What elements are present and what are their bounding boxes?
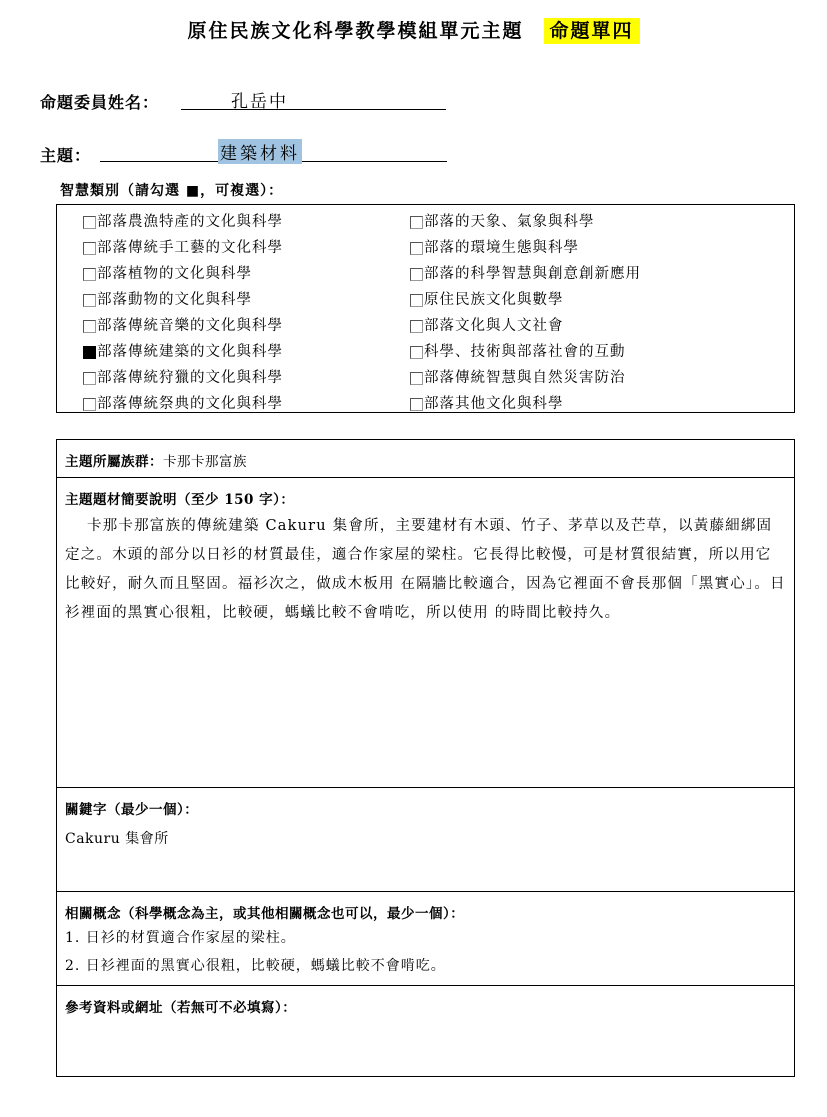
category-item[interactable]: 部落傳統祭典的文化與科學	[83, 391, 283, 417]
categories-left-column: 部落農漁特產的文化與科學 部落傳統手工藝的文化科學 部落植物的文化與科學 部落動…	[83, 209, 283, 417]
categories-right-column: 部落的天象、氣象與科學 部落的環境生態與科學 部落的科學智慧與創意創新應用 原住…	[410, 209, 641, 417]
topic-field[interactable]: 建築材料	[100, 137, 447, 162]
checkbox-icon[interactable]	[83, 242, 96, 255]
category-item[interactable]: 部落傳統智慧與自然災害防治	[410, 365, 641, 391]
checkbox-icon[interactable]	[410, 346, 423, 359]
categories-box: 部落農漁特產的文化與科學 部落傳統手工藝的文化科學 部落植物的文化與科學 部落動…	[56, 204, 795, 413]
tribe-value[interactable]: 卡那卡那富族	[163, 454, 247, 470]
categories-heading: 智慧類別（請勾選 ■，可複選）：	[60, 180, 283, 200]
concept-item[interactable]: 1. 日衫的材質適合作家屋的梁柱。	[65, 924, 786, 952]
concepts-row: 相關概念（科學概念為主，或其他相關概念也可以，最少一個）： 1. 日衫的材質適合…	[57, 892, 794, 986]
author-label: 命題委員姓名：	[40, 90, 159, 113]
category-item[interactable]: 部落傳統手工藝的文化科學	[83, 235, 283, 261]
category-item[interactable]: 部落其他文化與科學	[410, 391, 641, 417]
checkbox-icon[interactable]	[83, 294, 96, 307]
keywords-value[interactable]: Cakuru 集會所	[65, 828, 786, 848]
author-field[interactable]: 孔岳中	[181, 85, 446, 110]
summary-text[interactable]: 卡那卡那富族的傳統建築 Cakuru 集會所，主要建材有木頭、竹子、茅草以及芒草…	[65, 512, 786, 628]
checkbox-icon[interactable]	[410, 294, 423, 307]
category-item[interactable]: 部落傳統音樂的文化與科學	[83, 313, 283, 339]
category-item[interactable]: 部落農漁特產的文化與科學	[83, 209, 283, 235]
topic-label: 主題：	[40, 143, 91, 166]
category-item[interactable]: 部落動物的文化與科學	[83, 287, 283, 313]
checkbox-icon[interactable]	[83, 216, 96, 229]
checkbox-icon[interactable]	[410, 268, 423, 281]
summary-row: 主題題材簡要說明（至少 150 字）： 卡那卡那富族的傳統建築 Cakuru 集…	[57, 478, 794, 788]
topic-value: 建築材料	[218, 139, 302, 164]
category-item[interactable]: 部落傳統狩獵的文化與科學	[83, 365, 283, 391]
checkbox-icon[interactable]	[83, 398, 96, 411]
details-table: 主題所屬族群：卡那卡那富族 主題題材簡要說明（至少 150 字）： 卡那卡那富族…	[56, 439, 795, 1077]
checkbox-icon[interactable]	[410, 372, 423, 385]
summary-label: 主題題材簡要說明（至少 150 字）：	[65, 488, 786, 508]
keywords-label: 關鍵字（最少一個）：	[65, 798, 786, 818]
checkbox-icon[interactable]	[83, 320, 96, 333]
checkbox-icon[interactable]	[83, 268, 96, 281]
category-item[interactable]: 原住民族文化與數學	[410, 287, 641, 313]
category-item[interactable]: 部落文化與人文社會	[410, 313, 641, 339]
category-item[interactable]: 科學、技術與部落社會的互動	[410, 339, 641, 365]
concept-item[interactable]: 2. 日衫裡面的黑實心很粗，比較硬，螞蟻比較不會啃吃。	[65, 952, 786, 980]
concepts-label: 相關概念（科學概念為主，或其他相關概念也可以，最少一個）：	[65, 902, 786, 922]
checkbox-icon[interactable]	[83, 372, 96, 385]
checkbox-icon[interactable]	[410, 216, 423, 229]
category-item[interactable]: 部落的科學智慧與創意創新應用	[410, 261, 641, 287]
category-item[interactable]: 部落的天象、氣象與科學	[410, 209, 641, 235]
checkbox-checked-icon[interactable]	[83, 346, 96, 359]
checkbox-icon[interactable]	[410, 320, 423, 333]
category-item-checked[interactable]: 部落傳統建築的文化與科學	[83, 339, 283, 365]
category-item[interactable]: 部落的環境生態與科學	[410, 235, 641, 261]
checkbox-icon[interactable]	[410, 398, 423, 411]
document-title: 原住民族文化科學教學模組單元主題命題單四	[0, 16, 827, 43]
title-text: 原住民族文化科學教學模組單元主題	[187, 20, 523, 42]
category-item[interactable]: 部落植物的文化與科學	[83, 261, 283, 287]
author-value: 孔岳中	[231, 87, 288, 112]
keywords-row: 關鍵字（最少一個）： Cakuru 集會所	[57, 788, 794, 892]
tribe-label: 主題所屬族群：	[65, 454, 163, 470]
references-label: 參考資料或網址（若無可不必填寫）：	[65, 996, 786, 1016]
worksheet-badge: 命題單四	[544, 18, 640, 44]
references-row: 參考資料或網址（若無可不必填寫）：	[57, 986, 794, 1076]
references-value[interactable]	[65, 1016, 786, 1066]
checkbox-icon[interactable]	[410, 242, 423, 255]
tribe-row: 主題所屬族群：卡那卡那富族	[57, 440, 794, 478]
